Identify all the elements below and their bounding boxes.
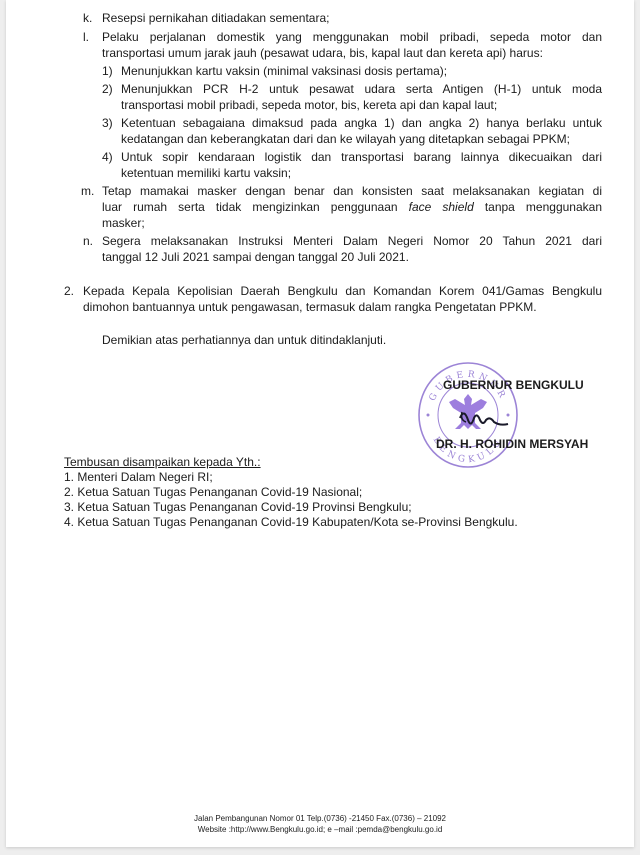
footer-contact: Website :http://www.Bengkulu.go.id; e –m… — [0, 824, 640, 835]
sub-3-line-1: Ketentuan sebagaiana dimaksud pada angka… — [121, 116, 602, 131]
copies-item: 2. Ketua Satuan Tugas Penanganan Covid-1… — [64, 485, 362, 500]
point-2-line-2: dimohon bantuannya untuk pengawasan, ter… — [83, 300, 537, 315]
closing-text: Demikian atas perhatiannya dan untuk dit… — [102, 333, 386, 348]
sub-3-line-2: kedatangan dan keberangkatan dari dan ke… — [121, 132, 570, 147]
sub-2-marker: 2) — [102, 82, 113, 97]
item-n-line-2: tanggal 12 Juli 2021 sampai dengan tangg… — [102, 250, 409, 265]
sub-2-line-1: Menunjukkan PCR H-2 untuk pesawat udara … — [121, 82, 602, 97]
sub-1-line-1: Menunjukkan kartu vaksin (minimal vaksin… — [121, 64, 447, 79]
item-l-line-2: transportasi umum jarak jauh (pesawat ud… — [102, 46, 543, 61]
item-l-line-1: Pelaku perjalanan domestik yang mengguna… — [102, 30, 602, 45]
item-k-text: Resepsi pernikahan ditiadakan sementara; — [102, 11, 329, 26]
point-2-line-1: Kepada Kepala Kepolisian Daerah Bengkulu… — [83, 284, 602, 299]
point-2-marker: 2. — [64, 284, 74, 299]
official-stamp-icon: GUBERNUR BENGKULU — [416, 360, 520, 470]
item-k-marker: k. — [83, 11, 92, 26]
footer-address: Jalan Pembangunan Nomor 01 Telp.(0736) -… — [0, 813, 640, 824]
sub-3-marker: 3) — [102, 116, 113, 131]
sub-4-marker: 4) — [102, 150, 113, 165]
signatory-name: DR. H. ROHIDIN MERSYAH — [436, 437, 588, 452]
item-n-line-1: Segera melaksanakan Instruksi Menteri Da… — [102, 234, 602, 249]
signatory-title: GUBERNUR BENGKULU — [443, 378, 584, 393]
sub-1-marker: 1) — [102, 64, 113, 79]
item-l-marker: l. — [83, 30, 89, 45]
copies-item: 4. Ketua Satuan Tugas Penanganan Covid-1… — [64, 515, 518, 530]
item-m-line-2: luar rumah serta tidak mengizinkan pengg… — [102, 200, 602, 215]
sub-4-line-2: ketentuan memiliki kartu vaksin; — [121, 166, 291, 181]
item-m-line-1: Tetap mamakai masker dengan benar dan ko… — [102, 184, 602, 199]
copies-title: Tembusan disampaikan kepada Yth.: — [64, 455, 261, 470]
sub-4-line-1: Untuk sopir kendaraan logistik dan trans… — [121, 150, 602, 165]
sub-2-line-2: transportasi mobil pribadi, sepeda motor… — [121, 98, 497, 113]
item-m-line-3: masker; — [102, 216, 145, 231]
face-shield-italic: face shield — [409, 200, 474, 214]
copies-item: 3. Ketua Satuan Tugas Penanganan Covid-1… — [64, 500, 412, 515]
copies-item: 1. Menteri Dalam Negeri RI; — [64, 470, 213, 485]
item-n-marker: n. — [83, 234, 93, 249]
item-m-marker: m. — [81, 184, 94, 199]
